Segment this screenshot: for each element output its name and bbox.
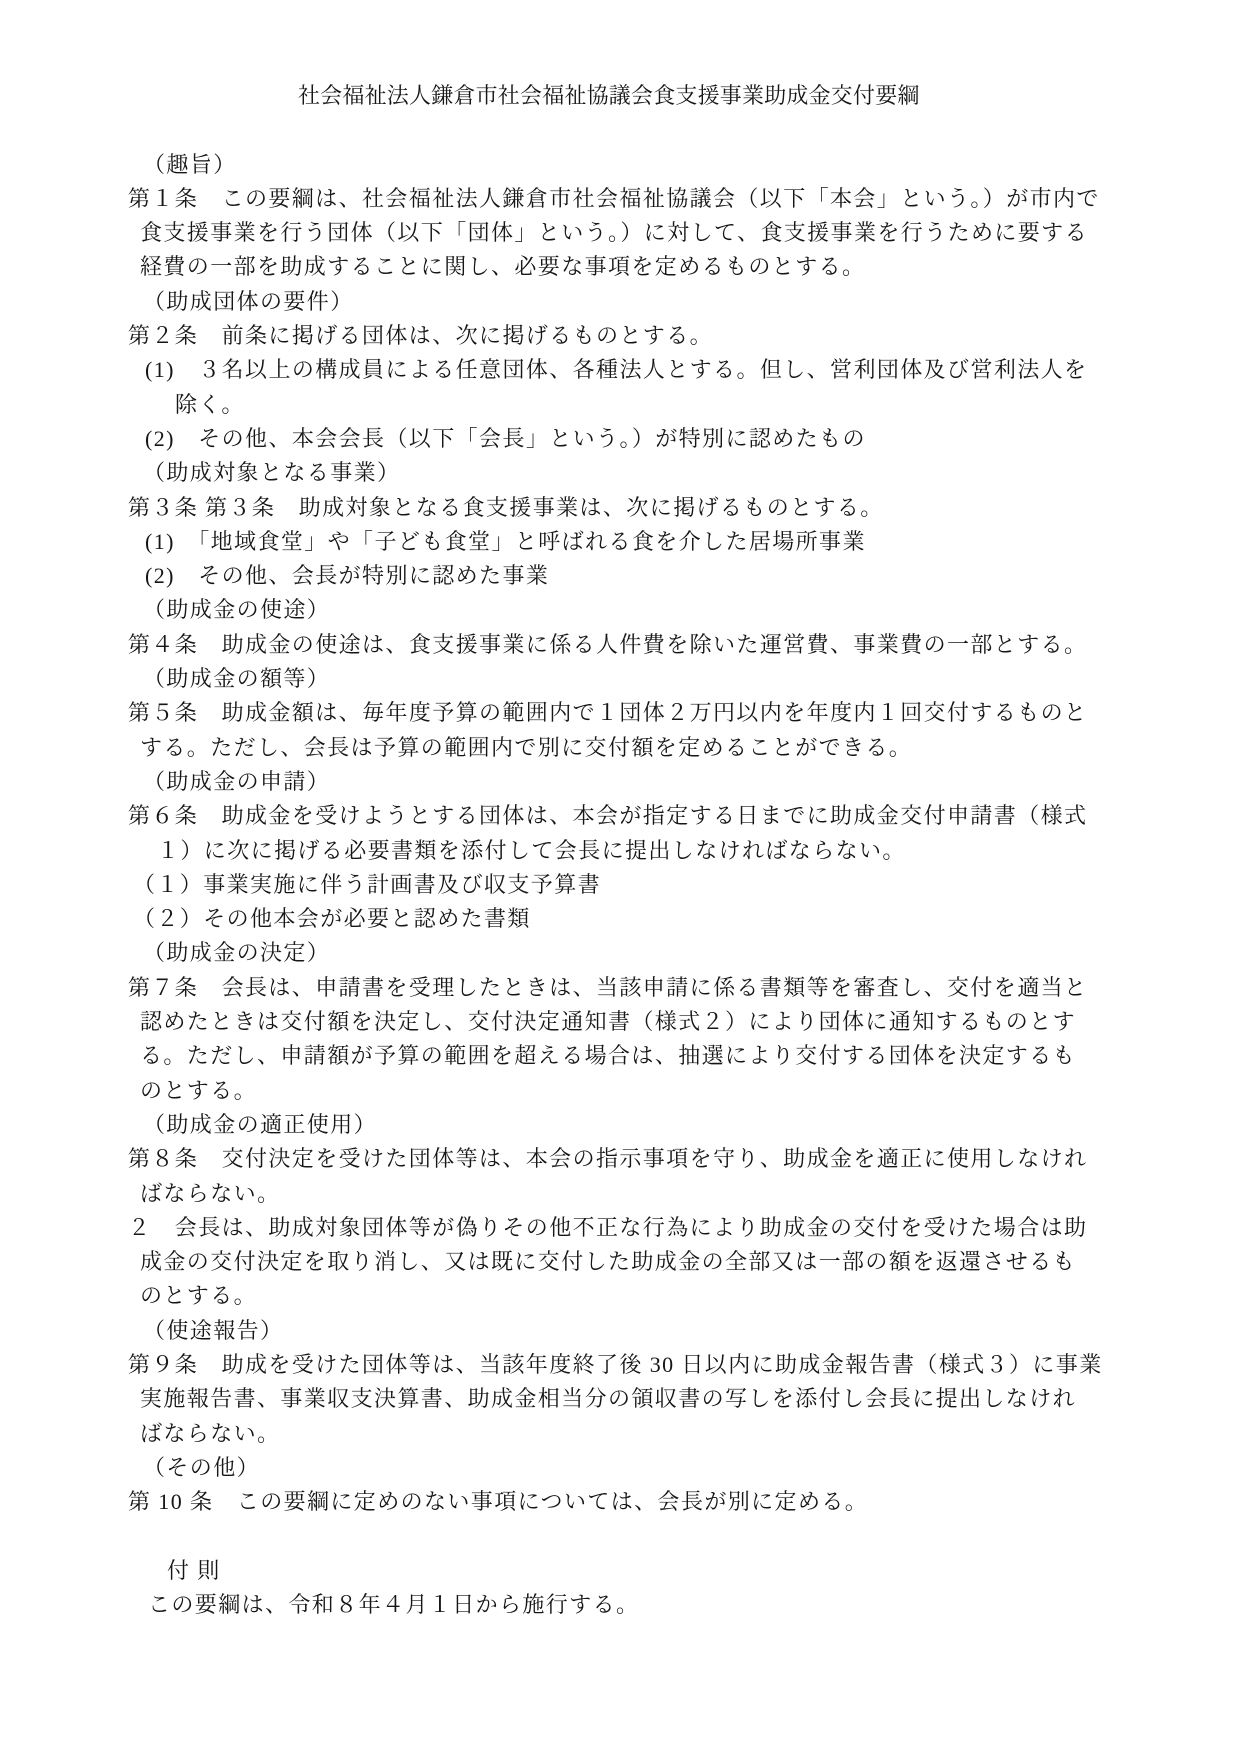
section-heading: （使途報告）	[128, 1314, 1131, 1348]
article-text: 第４条 助成金の使途は、食支援事業に係る人件費を除いた運営費、事業費の一部とする…	[128, 628, 1131, 662]
section-heading: （助成金の適正使用）	[128, 1108, 1131, 1142]
section-heading: （助成金の額等）	[128, 662, 1131, 696]
blank-line	[128, 1519, 1131, 1553]
article-text: 第８条 交付決定を受けた団体等は、本会の指示事項を守り、助成金を適正に使用しなけ…	[128, 1142, 1131, 1176]
article-text: ２ 会長は、助成対象団体等が偽りその他不正な行為により助成金の交付を受けた場合は…	[128, 1211, 1131, 1245]
article-text-continuation: ばならない。	[128, 1417, 1131, 1451]
article-text-continuation: 実施報告書、事業収支決算書、助成金相当分の領収書の写しを添付し会長に提出しなけれ	[128, 1382, 1131, 1416]
article-text-continuation: ばならない。	[128, 1177, 1131, 1211]
section-heading: （趣旨）	[128, 148, 1131, 182]
section-heading: （その他）	[128, 1451, 1131, 1485]
article-text: 第３条 第３条 助成対象となる食支援事業は、次に掲げるものとする。	[128, 491, 1131, 525]
list-item: (1) 「地域食堂」や「子ども食堂」と呼ばれる食を介した居場所事業	[128, 525, 1131, 559]
article-text-continuation: する。ただし、会長は予算の範囲内で別に交付額を定めることができる。	[128, 731, 1131, 765]
article-text: 第５条 助成金額は、毎年度予算の範囲内で１団体２万円以内を年度内１回交付するもの…	[128, 696, 1131, 730]
list-item: （２）その他本会が必要と認めた書類	[128, 902, 1131, 936]
article-text: 第６条 助成金を受けようとする団体は、本会が指定する日までに助成金交付申請書（様…	[128, 799, 1131, 833]
list-item: (1) ３名以上の構成員による任意団体、各種法人とする。但し、営利団体及び営利法…	[128, 353, 1131, 387]
supplementary-provision-text: この要綱は、令和８年４月１日から施行する。	[128, 1588, 1131, 1622]
document-page: 社会福祉法人鎌倉市社会福祉協議会食支援事業助成金交付要綱 （趣旨）第１条 この要…	[0, 0, 1241, 1755]
article-text-continuation: １）に次に掲げる必要書類を添付して会長に提出しなければならない。	[128, 834, 1131, 868]
article-text-continuation: のとする。	[128, 1279, 1131, 1313]
section-heading: （助成金の使途）	[128, 593, 1131, 627]
article-text: 第９条 助成を受けた団体等は、当該年度終了後 30 日以内に助成金報告書（様式３…	[128, 1348, 1131, 1382]
article-text: 第７条 会長は、申請書を受理したときは、当該申請に係る書類等を審査し、交付を適当…	[128, 971, 1131, 1005]
article-text: 第１条 この要綱は、社会福祉法人鎌倉市社会福祉協議会（以下「本会」という。）が市…	[128, 182, 1131, 216]
article-text-continuation: 食支援事業を行う団体（以下「団体」という。）に対して、食支援事業を行うために要す…	[128, 216, 1131, 250]
list-item-continuation: 除く。	[128, 388, 1131, 422]
article-text-continuation: のとする。	[128, 1074, 1131, 1108]
section-heading: （助成対象となる事業）	[128, 456, 1131, 490]
article-text: 第２条 前条に掲げる団体は、次に掲げるものとする。	[128, 319, 1131, 353]
list-item: （１）事業実施に伴う計画書及び収支予算書	[128, 868, 1131, 902]
blank-line	[128, 113, 1131, 147]
section-heading: （助成金の申請）	[128, 765, 1131, 799]
section-heading: （助成金の決定）	[128, 936, 1131, 970]
list-item: (2) その他、本会会長（以下「会長」という。）が特別に認めたもの	[128, 422, 1131, 456]
document-title: 社会福祉法人鎌倉市社会福祉協議会食支援事業助成金交付要綱	[128, 79, 1131, 113]
article-text-continuation: 経費の一部を助成することに関し、必要な事項を定めるものとする。	[128, 250, 1131, 284]
article-text: 第 10 条 この要綱に定めのない事項については、会長が別に定める。	[128, 1485, 1131, 1519]
section-heading: （助成団体の要件）	[128, 285, 1131, 319]
supplementary-provision-heading: 付 則	[128, 1554, 1131, 1588]
article-text-continuation: 認めたときは交付額を決定し、交付決定通知書（様式２）により団体に通知するものとす	[128, 1005, 1131, 1039]
article-text-continuation: 成金の交付決定を取り消し、又は既に交付した助成金の全部又は一部の額を返還させるも	[128, 1245, 1131, 1279]
article-text-continuation: る。ただし、申請額が予算の範囲を超える場合は、抽選により交付する団体を決定するも	[128, 1039, 1131, 1073]
list-item: (2) その他、会長が特別に認めた事業	[128, 559, 1131, 593]
document-body: （趣旨）第１条 この要綱は、社会福祉法人鎌倉市社会福祉協議会（以下「本会」という…	[128, 113, 1131, 1622]
